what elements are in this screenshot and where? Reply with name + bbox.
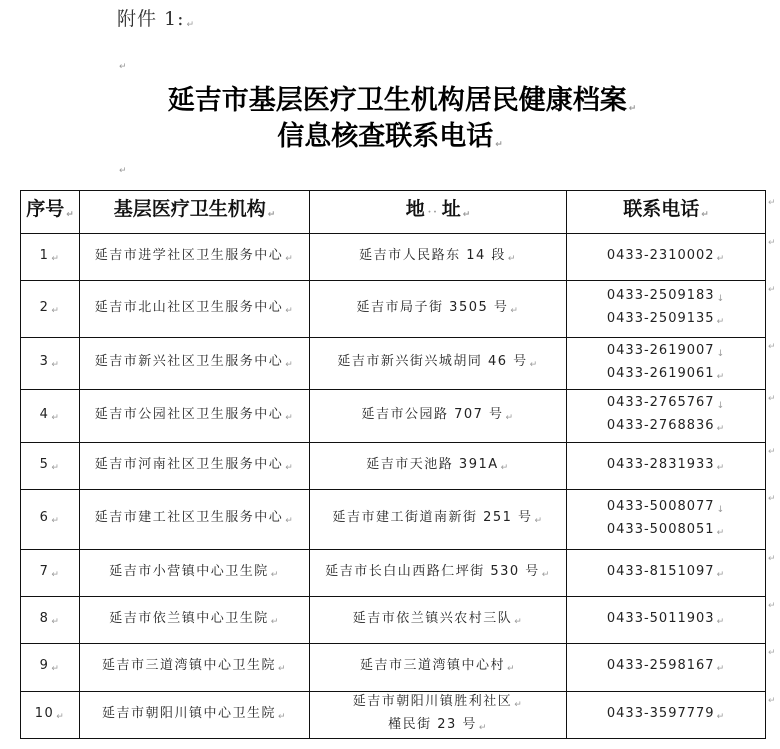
cell-address: 延吉市朝阳川镇胜利社区↵槿民街 23 号↵ xyxy=(310,692,567,739)
paragraph-mark-icon: ↵ xyxy=(530,360,539,370)
header-org: 基层医疗卫生机构↵ xyxy=(80,191,310,234)
table-row: 3↵ 延吉市新兴社区卫生服务中心↵ 延吉市新兴街兴城胡同 46 号↵ 0433-… xyxy=(21,338,766,390)
paragraph-mark-icon: ↵ xyxy=(51,254,60,264)
org-name: 延吉市建工社区卫生服务中心 xyxy=(95,510,284,525)
row-end-mark-icon: ↵ xyxy=(768,648,776,658)
address-line: 槿民街 23 号 xyxy=(388,717,477,732)
paragraph-mark-icon: ↵ xyxy=(51,413,60,423)
org-name: 延吉市河南社区卫生服务中心 xyxy=(95,457,284,472)
row-end-mark-icon: ↵ xyxy=(768,198,776,208)
paragraph-mark-icon: ↵ xyxy=(535,516,544,526)
address-line: 延吉市天池路 391A xyxy=(366,457,498,472)
cell-org: 延吉市建工社区卫生服务中心↵ xyxy=(80,490,310,550)
cell-no: 3↵ xyxy=(21,338,80,390)
row-no: 10 xyxy=(35,706,55,721)
table-row: 9↵ 延吉市三道湾镇中心卫生院↵ 延吉市三道湾镇中心村↵ 0433-259816… xyxy=(21,644,766,692)
cell-address: 延吉市依兰镇兴农村三队↵ xyxy=(310,597,567,644)
address-line: 延吉市依兰镇兴农村三队 xyxy=(353,611,513,626)
cell-no: 7↵ xyxy=(21,550,80,597)
cell-phone: 0433-8151097↵ xyxy=(567,550,766,597)
paragraph-mark-icon: ↵ xyxy=(51,664,60,674)
cell-no: 1↵ xyxy=(21,234,80,281)
table-row: 6↵ 延吉市建工社区卫生服务中心↵ 延吉市建工街道南新街 251 号↵ 0433… xyxy=(21,490,766,550)
line-break-icon: ↓ xyxy=(717,294,726,304)
page-title-line-2: 信息核查联系电话↵ xyxy=(0,114,780,153)
space-marker-icon: ·· xyxy=(428,207,439,218)
paragraph-mark-icon: ↵ xyxy=(268,210,276,220)
phone-number: 0433-2509183 xyxy=(607,288,715,303)
title-text: 延吉市基层医疗卫生机构居民健康档案 xyxy=(168,85,627,116)
row-no: 7 xyxy=(40,564,50,579)
cell-no: 8↵ xyxy=(21,597,80,644)
paragraph-mark-icon: ↵ xyxy=(66,210,74,220)
paragraph-mark-icon: ↵ xyxy=(187,20,196,30)
paragraph-mark-icon: ↵ xyxy=(51,570,60,580)
cell-phone: 0433-2310002↵ xyxy=(567,234,766,281)
org-name: 延吉市新兴社区卫生服务中心 xyxy=(95,354,284,369)
org-name: 延吉市朝阳川镇中心卫生院 xyxy=(102,706,276,721)
phone-number: 0433-2765767 xyxy=(607,395,715,410)
paragraph-mark-icon: ↵ xyxy=(56,712,65,722)
paragraph-mark-icon: ↵ xyxy=(510,306,519,316)
org-name: 延吉市公园社区卫生服务中心 xyxy=(95,407,284,422)
table-row: 10↵ 延吉市朝阳川镇中心卫生院↵ 延吉市朝阳川镇胜利社区↵槿民街 23 号↵ … xyxy=(21,692,766,739)
paragraph-mark-icon: ↵ xyxy=(514,700,523,710)
table-row: 1↵ 延吉市进学社区卫生服务中心↵ 延吉市人民路东 14 段↵ 0433-231… xyxy=(21,234,766,281)
paragraph-mark-icon: ↵ xyxy=(285,360,294,370)
cell-address: 延吉市天池路 391A↵ xyxy=(310,443,567,490)
address-line: 延吉市人民路东 14 段 xyxy=(359,248,506,263)
paragraph-mark-icon: ↵ xyxy=(717,372,726,382)
phone-number: 0433-5008051 xyxy=(607,522,715,537)
page-title-line-1: 延吉市基层医疗卫生机构居民健康档案↵ xyxy=(12,78,780,117)
cell-org: 延吉市依兰镇中心卫生院↵ xyxy=(80,597,310,644)
cell-org: 延吉市朝阳川镇中心卫生院↵ xyxy=(80,692,310,739)
table-header-row: 序号↵ 基层医疗卫生机构↵ 地··址↵ 联系电话↵ xyxy=(21,191,766,234)
header-address-text-2: 址 xyxy=(442,198,461,220)
line-break-icon: ↓ xyxy=(717,505,726,515)
row-end-mark-icon: ↵ xyxy=(768,238,776,248)
paragraph-mark-icon: ↵ xyxy=(285,413,294,423)
row-end-mark-icon: ↵ xyxy=(768,601,776,611)
paragraph-mark-icon: ↵ xyxy=(495,140,503,150)
row-no: 6 xyxy=(40,510,50,525)
paragraph-mark-icon: ↵ xyxy=(542,570,551,580)
cell-no: 2↵ xyxy=(21,281,80,338)
cell-address: 延吉市局子街 3505 号↵ xyxy=(310,281,567,338)
row-no: 9 xyxy=(40,658,50,673)
paragraph-mark-icon: ↵ xyxy=(506,413,515,423)
contact-table: 序号↵ 基层医疗卫生机构↵ 地··址↵ 联系电话↵ 1↵ 延吉市进学社区卫生服务… xyxy=(20,190,766,739)
header-no-text: 序号 xyxy=(26,198,64,220)
paragraph-mark-icon: ↵ xyxy=(717,463,726,473)
cell-org: 延吉市三道湾镇中心卫生院↵ xyxy=(80,644,310,692)
phone-number: 0433-2619007 xyxy=(607,343,715,358)
row-end-mark-icon: ↵ xyxy=(768,696,776,706)
paragraph-mark-icon: ↵ xyxy=(629,104,637,114)
paragraph-mark-icon: ↵ xyxy=(285,254,294,264)
row-no: 4 xyxy=(40,407,50,422)
paragraph-mark-icon: ↵ xyxy=(507,664,516,674)
paragraph-mark-icon: ↵ xyxy=(479,723,488,733)
paragraph-mark-icon: ↵ xyxy=(701,210,709,220)
paragraph-mark-icon: ↵ xyxy=(717,617,726,627)
cell-phone: 0433-2765767↓0433-2768836↵ xyxy=(567,390,766,443)
paragraph-mark-icon: ↵ xyxy=(51,516,60,526)
phone-number: 0433-2768836 xyxy=(607,418,715,433)
row-end-mark-icon: ↵ xyxy=(768,447,776,457)
phone-number: 0433-2310002 xyxy=(607,248,715,263)
row-no: 3 xyxy=(40,354,50,369)
address-line: 延吉市长白山西路仁坪街 530 号 xyxy=(325,564,540,579)
paragraph-mark-icon: ↵ xyxy=(717,712,726,722)
address-line: 延吉市新兴街兴城胡同 46 号 xyxy=(337,354,527,369)
line-break-icon: ↓ xyxy=(717,349,726,359)
header-phone-text: 联系电话 xyxy=(623,198,699,220)
cell-no: 9↵ xyxy=(21,644,80,692)
phone-number: 0433-8151097 xyxy=(607,564,715,579)
paragraph-mark-icon: ↵ xyxy=(501,463,510,473)
row-no: 8 xyxy=(40,611,50,626)
header-no: 序号↵ xyxy=(21,191,80,234)
org-name: 延吉市进学社区卫生服务中心 xyxy=(95,248,284,263)
cell-phone: 0433-2509183↓0433-2509135↵ xyxy=(567,281,766,338)
paragraph-mark-icon: ↵ xyxy=(717,424,726,434)
org-name: 延吉市三道湾镇中心卫生院 xyxy=(102,658,276,673)
cell-address: 延吉市公园路 707 号↵ xyxy=(310,390,567,443)
paragraph-mark-icon: ↵ xyxy=(51,360,60,370)
header-address-text-1: 地 xyxy=(406,198,425,220)
cell-org: 延吉市北山社区卫生服务中心↵ xyxy=(80,281,310,338)
table-row: 8↵ 延吉市依兰镇中心卫生院↵ 延吉市依兰镇兴农村三队↵ 0433-501190… xyxy=(21,597,766,644)
paragraph-mark-icon: ↵ xyxy=(51,617,60,627)
paragraph-mark-icon: ↵ xyxy=(514,617,523,627)
cell-org: 延吉市河南社区卫生服务中心↵ xyxy=(80,443,310,490)
row-no: 2 xyxy=(40,300,50,315)
cell-address: 延吉市新兴街兴城胡同 46 号↵ xyxy=(310,338,567,390)
line-break-icon: ↓ xyxy=(717,401,726,411)
address-line: 延吉市建工街道南新街 251 号 xyxy=(332,510,532,525)
cell-org: 延吉市新兴社区卫生服务中心↵ xyxy=(80,338,310,390)
paragraph-mark-icon: ↵ xyxy=(119,166,127,176)
cell-org: 延吉市进学社区卫生服务中心↵ xyxy=(80,234,310,281)
cell-no: 5↵ xyxy=(21,443,80,490)
cell-phone: 0433-2831933↵ xyxy=(567,443,766,490)
paragraph-mark-icon: ↵ xyxy=(278,664,287,674)
paragraph-mark-icon: ↵ xyxy=(285,516,294,526)
table-row: 2↵ 延吉市北山社区卫生服务中心↵ 延吉市局子街 3505 号↵ 0433-25… xyxy=(21,281,766,338)
paragraph-mark-icon: ↵ xyxy=(717,664,726,674)
cell-org: 延吉市公园社区卫生服务中心↵ xyxy=(80,390,310,443)
paragraph-mark-icon: ↵ xyxy=(119,62,127,72)
table-row: 4↵ 延吉市公园社区卫生服务中心↵ 延吉市公园路 707 号↵ 0433-276… xyxy=(21,390,766,443)
empty-paragraph: ↵ xyxy=(117,156,127,176)
title-text: 信息核查联系电话 xyxy=(277,121,493,152)
paragraph-mark-icon: ↵ xyxy=(271,570,280,580)
cell-no: 6↵ xyxy=(21,490,80,550)
cell-address: 延吉市长白山西路仁坪街 530 号↵ xyxy=(310,550,567,597)
phone-number: 0433-2619061 xyxy=(607,366,715,381)
phone-number: 0433-2831933 xyxy=(607,457,715,472)
cell-no: 4↵ xyxy=(21,390,80,443)
cell-address: 延吉市建工街道南新街 251 号↵ xyxy=(310,490,567,550)
phone-number: 0433-2598167 xyxy=(607,658,715,673)
paragraph-mark-icon: ↵ xyxy=(508,254,517,264)
paragraph-mark-icon: ↵ xyxy=(717,254,726,264)
row-end-mark-icon: ↵ xyxy=(768,394,776,404)
org-name: 延吉市依兰镇中心卫生院 xyxy=(109,611,269,626)
header-address: 地··址↵ xyxy=(310,191,567,234)
table-row: 5↵ 延吉市河南社区卫生服务中心↵ 延吉市天池路 391A↵ 0433-2831… xyxy=(21,443,766,490)
paragraph-mark-icon: ↵ xyxy=(717,528,726,538)
phone-number: 0433-3597779 xyxy=(607,706,715,721)
phone-number: 0433-5008077 xyxy=(607,499,715,514)
row-end-mark-icon: ↵ xyxy=(768,285,776,295)
paragraph-mark-icon: ↵ xyxy=(285,463,294,473)
empty-paragraph: ↵ xyxy=(117,52,127,72)
cell-address: 延吉市三道湾镇中心村↵ xyxy=(310,644,567,692)
cell-phone: 0433-5011903↵ xyxy=(567,597,766,644)
paragraph-mark-icon: ↵ xyxy=(271,617,280,627)
cell-phone: 0433-3597779↵ xyxy=(567,692,766,739)
row-end-mark-icon: ↵ xyxy=(768,342,776,352)
paragraph-mark-icon: ↵ xyxy=(51,463,60,473)
paragraph-mark-icon: ↵ xyxy=(463,210,471,220)
phone-number: 0433-5011903 xyxy=(607,611,715,626)
cell-no: 10↵ xyxy=(21,692,80,739)
address-line: 延吉市三道湾镇中心村 xyxy=(360,658,505,673)
cell-phone: 0433-5008077↓0433-5008051↵ xyxy=(567,490,766,550)
cell-phone: 0433-2598167↵ xyxy=(567,644,766,692)
org-name: 延吉市北山社区卫生服务中心 xyxy=(95,300,284,315)
paragraph-mark-icon: ↵ xyxy=(717,317,726,327)
attachment-label: 附件 1:↵ xyxy=(117,4,195,31)
header-phone: 联系电话↵ xyxy=(567,191,766,234)
row-no: 1 xyxy=(40,248,50,263)
org-name: 延吉市小营镇中心卫生院 xyxy=(109,564,269,579)
cell-org: 延吉市小营镇中心卫生院↵ xyxy=(80,550,310,597)
cell-phone: 0433-2619007↓0433-2619061↵ xyxy=(567,338,766,390)
header-org-text: 基层医疗卫生机构 xyxy=(114,198,266,220)
paragraph-mark-icon: ↵ xyxy=(717,570,726,580)
row-end-mark-icon: ↵ xyxy=(768,554,776,564)
row-no: 5 xyxy=(40,457,50,472)
table-row: 7↵ 延吉市小营镇中心卫生院↵ 延吉市长白山西路仁坪街 530 号↵ 0433-… xyxy=(21,550,766,597)
cell-address: 延吉市人民路东 14 段↵ xyxy=(310,234,567,281)
row-end-mark-icon: ↵ xyxy=(768,494,776,504)
address-line: 延吉市公园路 707 号 xyxy=(361,407,503,422)
attachment-text: 附件 1: xyxy=(117,8,185,30)
address-line: 延吉市局子街 3505 号 xyxy=(357,300,509,315)
paragraph-mark-icon: ↵ xyxy=(285,306,294,316)
paragraph-mark-icon: ↵ xyxy=(278,712,287,722)
address-line: 延吉市朝阳川镇胜利社区 xyxy=(353,694,513,709)
phone-number: 0433-2509135 xyxy=(607,311,715,326)
paragraph-mark-icon: ↵ xyxy=(51,306,60,316)
